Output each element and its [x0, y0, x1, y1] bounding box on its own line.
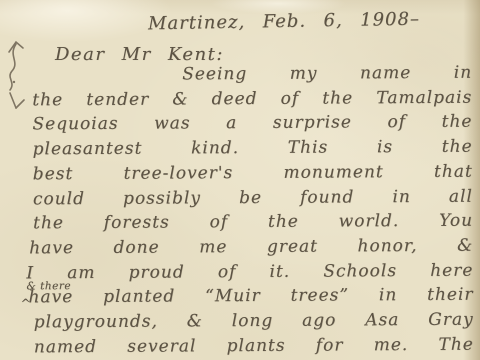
- letter-line: playgrounds, & long ago Asa Gray: [34, 308, 474, 335]
- letter-line: Seeing my name in: [32, 61, 472, 88]
- inserted-note-text: & there: [26, 274, 71, 299]
- letter-line-text: have planted “Muir trees” in their: [28, 285, 473, 308]
- dateline: Martinez, Feb. 6, 1908–: [148, 7, 420, 38]
- letter-line: the forests of the world. You: [33, 209, 473, 236]
- letter-line: have done me great honor, &: [29, 234, 473, 261]
- letter-line: & there ^ have planted “Muir trees” in t…: [28, 283, 473, 310]
- letter-line: pleasantest kind. This is the: [33, 135, 473, 162]
- letter-body: Seeing my name in the tender & deed of t…: [32, 61, 474, 360]
- letter-line: I am proud of it. Schools here: [26, 258, 473, 285]
- letter-page: Martinez, Feb. 6, 1908– Dear Mr Kent: Se…: [0, 0, 480, 360]
- letter-line: named several plants for me. The: [34, 332, 474, 359]
- letter-line: best tree-lover's monument that: [33, 159, 473, 186]
- letter-line: Sequoias was a surprise of the: [32, 110, 472, 137]
- letter-line: the tender & deed of the Tamalpais: [32, 85, 472, 112]
- caret-mark: ^: [20, 292, 31, 317]
- letter-line: could possibly be found in all: [33, 184, 473, 211]
